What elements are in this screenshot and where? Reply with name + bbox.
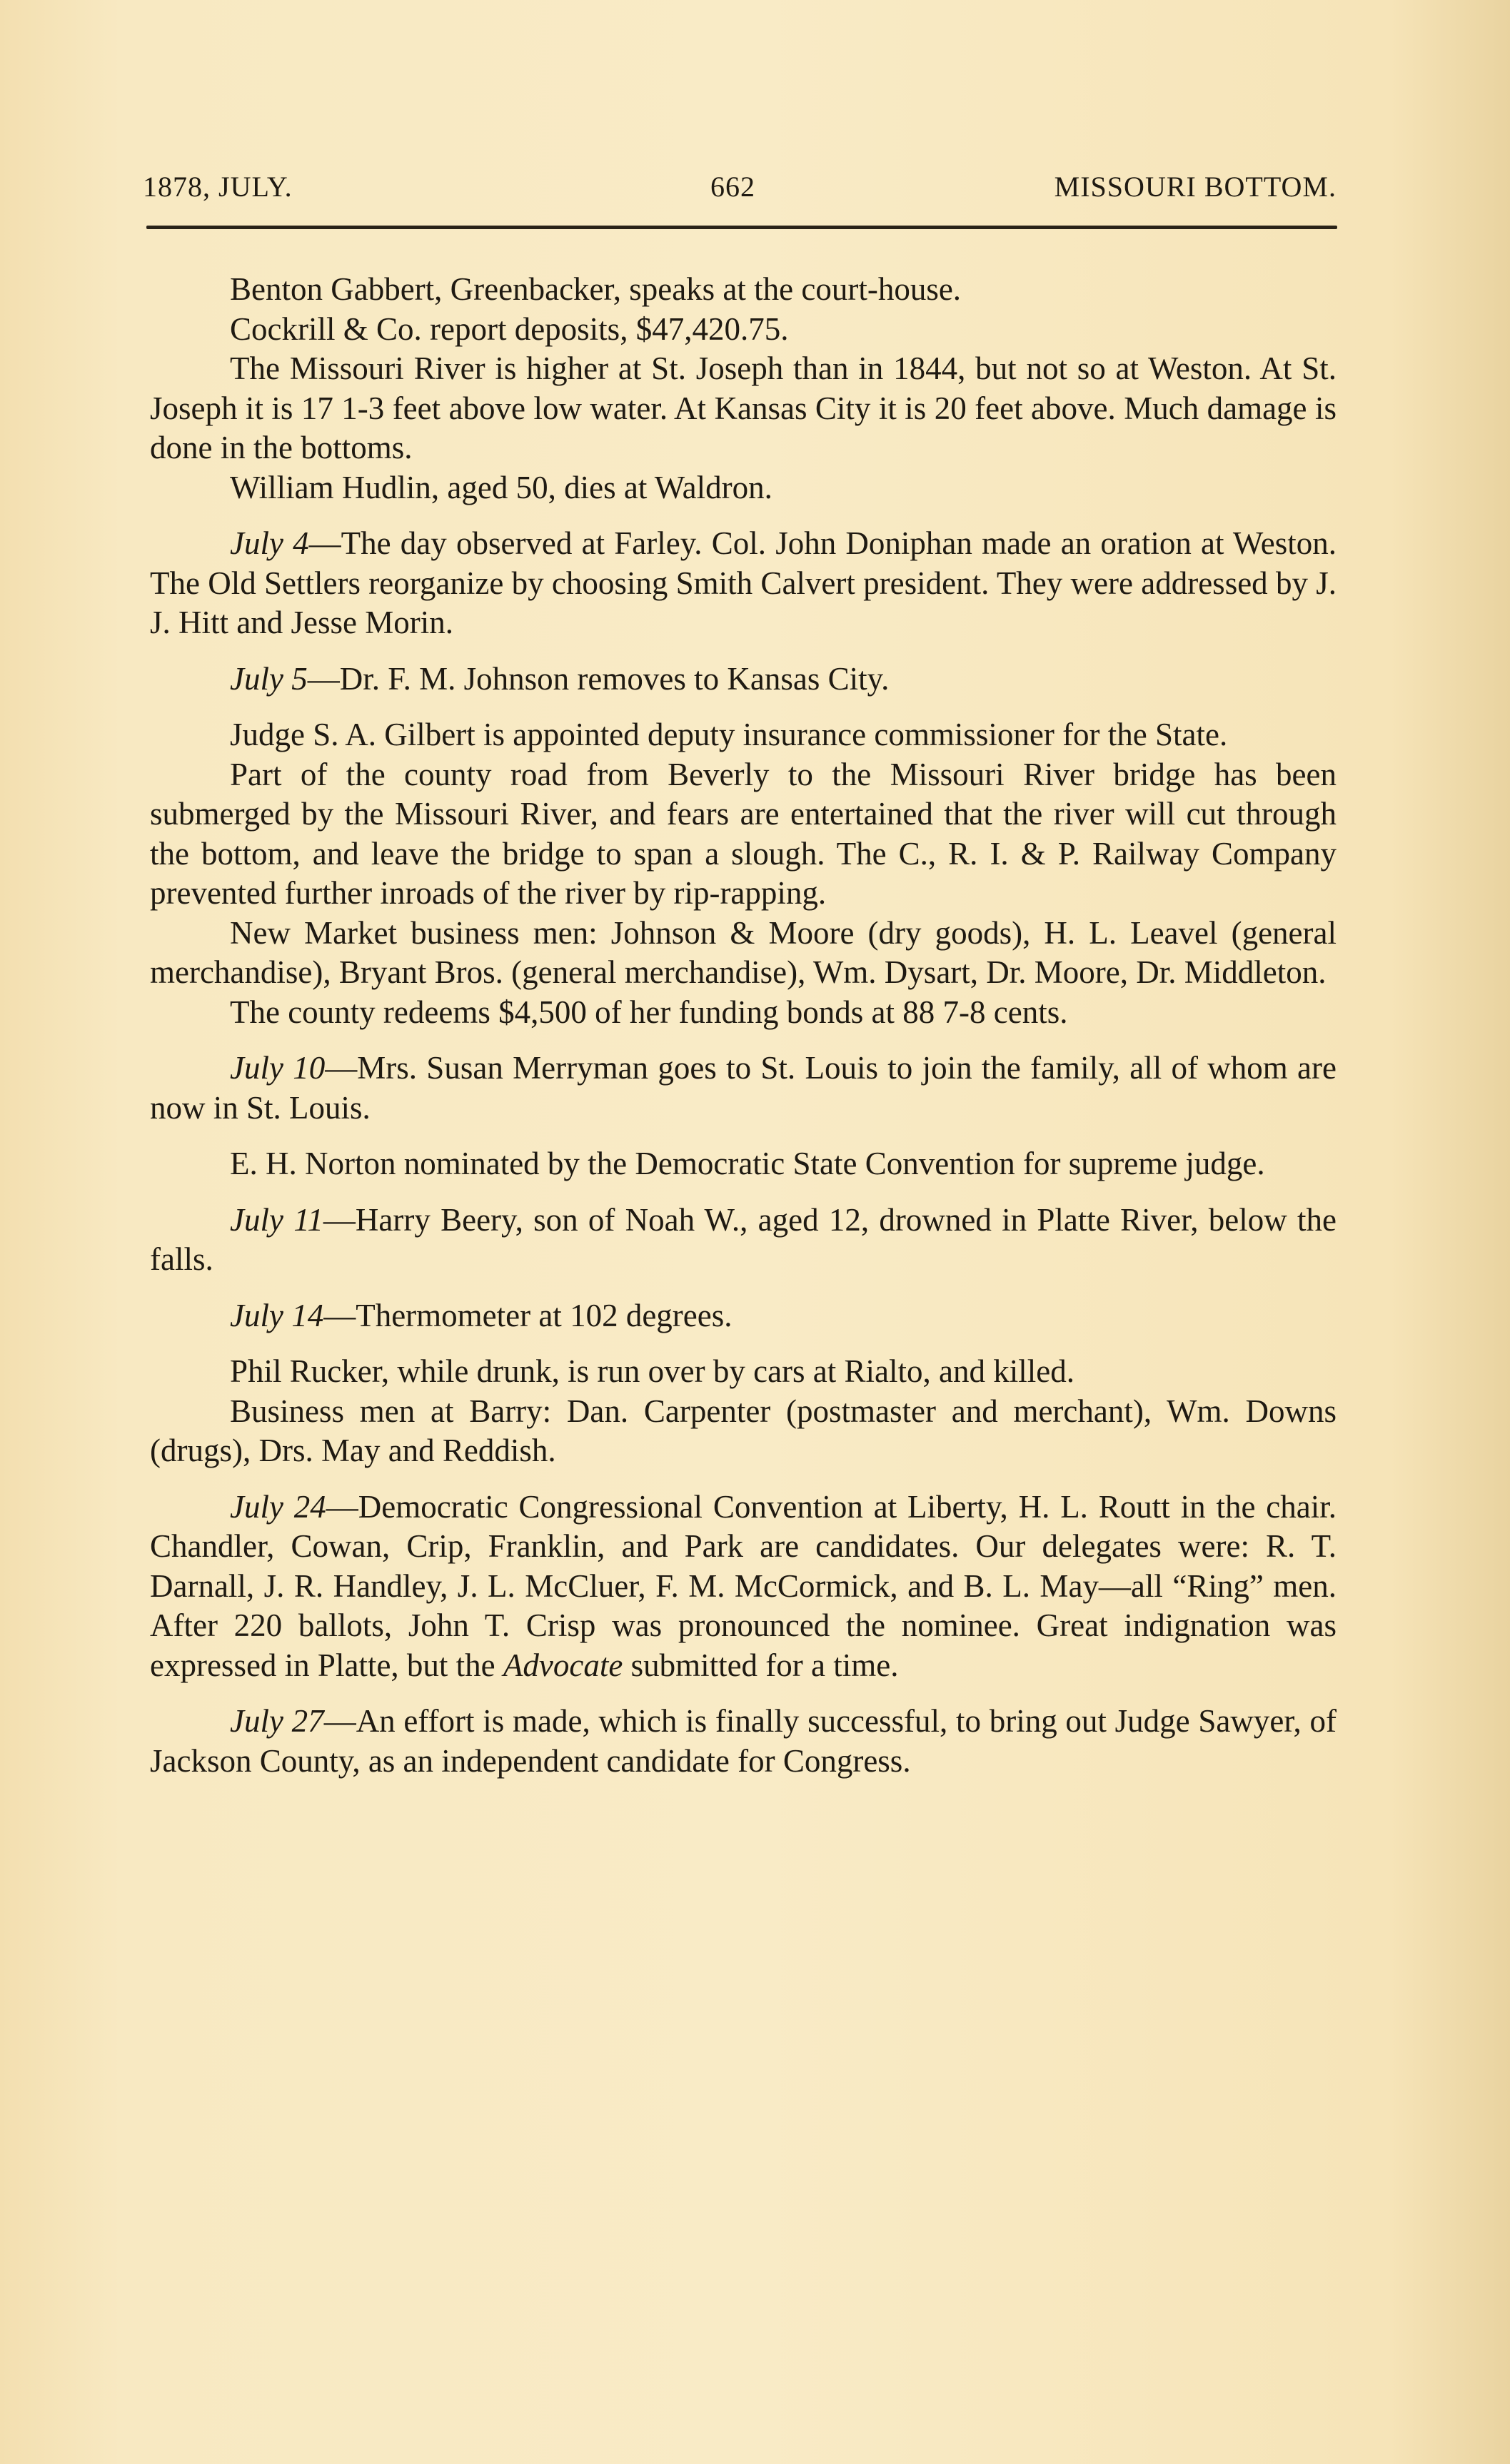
paragraph: Phil Rucker, while drunk, is run over by… xyxy=(150,1352,1337,1392)
entry-date: July 4 xyxy=(230,525,309,561)
paragraph-text: —Mrs. Susan Merryman goes to St. Louis t… xyxy=(150,1050,1337,1126)
paragraph: Benton Gabbert, Greenbacker, speaks at t… xyxy=(150,270,1337,310)
paragraph-text: —An effort is made, which is finally suc… xyxy=(150,1703,1337,1779)
paragraph: Part of the county road from Beverly to … xyxy=(150,755,1337,914)
paragraph: New Market business men: Johnson & Moore… xyxy=(150,914,1337,993)
paragraph: William Hudlin, aged 50, dies at Waldron… xyxy=(150,468,1337,508)
paragraph: July 11—Harry Beery, son of Noah W., age… xyxy=(150,1201,1337,1280)
paragraph-text: New Market business men: Johnson & Moore… xyxy=(150,915,1337,991)
paragraph-text: Judge S. A. Gilbert is appointed deputy … xyxy=(230,717,1227,752)
paragraph: July 4—The day observed at Farley. Col. … xyxy=(150,524,1337,643)
paragraph-text: Cockrill & Co. report deposits, $47,420.… xyxy=(230,311,788,347)
paragraph-text: —Dr. F. M. Johnson removes to Kansas Cit… xyxy=(308,661,890,697)
paragraph: July 10—Mrs. Susan Merryman goes to St. … xyxy=(150,1049,1337,1128)
newspaper-title: Advocate xyxy=(503,1647,623,1683)
entry-date: July 10 xyxy=(230,1050,325,1086)
entry-date: July 14 xyxy=(230,1298,323,1333)
entry-date: July 5 xyxy=(230,661,308,697)
paragraph: The county redeems $4,500 of her funding… xyxy=(150,993,1337,1033)
page-number: 662 xyxy=(710,170,755,203)
entry-date: July 27 xyxy=(230,1703,324,1739)
paragraph: July 24—Democratic Congressional Convent… xyxy=(150,1488,1337,1686)
paragraph-text: The Missouri River is higher at St. Jose… xyxy=(150,350,1337,465)
paragraph-text: William Hudlin, aged 50, dies at Waldron… xyxy=(230,470,772,505)
paragraph-text: —Thermometer at 102 degrees. xyxy=(323,1298,732,1333)
paragraph-text: Phil Rucker, while drunk, is run over by… xyxy=(230,1353,1074,1389)
paragraph: Judge S. A. Gilbert is appointed deputy … xyxy=(150,715,1337,755)
paragraph-text-tail: submitted for a time. xyxy=(623,1647,898,1683)
paragraph: Cockrill & Co. report deposits, $47,420.… xyxy=(150,310,1337,350)
paragraph-text: Part of the county road from Beverly to … xyxy=(150,757,1337,912)
paragraph: July 27—An effort is made, which is fina… xyxy=(150,1702,1337,1781)
header-rule xyxy=(146,226,1337,229)
paragraph: July 14—Thermometer at 102 degrees. xyxy=(150,1296,1337,1336)
paragraph: Business men at Barry: Dan. Carpenter (p… xyxy=(150,1392,1337,1471)
paragraph-text: E. H. Norton nominated by the Democratic… xyxy=(230,1146,1265,1181)
paragraph-text: The county redeems $4,500 of her funding… xyxy=(230,994,1067,1030)
paragraph-text: —Harry Beery, son of Noah W., aged 12, d… xyxy=(150,1202,1337,1278)
paragraph: The Missouri River is higher at St. Jose… xyxy=(150,349,1337,468)
running-header: 1878, JULY. 662 MISSOURI BOTTOM. xyxy=(143,170,1337,213)
paragraph-text: Business men at Barry: Dan. Carpenter (p… xyxy=(150,1393,1337,1469)
paragraph: July 5—Dr. F. M. Johnson removes to Kans… xyxy=(150,660,1337,700)
entry-date: July 24 xyxy=(230,1489,326,1525)
header-section-title: MISSOURI BOTTOM. xyxy=(1055,170,1337,203)
paragraph: E. H. Norton nominated by the Democratic… xyxy=(150,1144,1337,1184)
header-date: 1878, JULY. xyxy=(143,170,293,203)
paragraph-text: —The day observed at Farley. Col. John D… xyxy=(150,525,1337,640)
paragraph-text: Benton Gabbert, Greenbacker, speaks at t… xyxy=(230,271,961,307)
page-body: Benton Gabbert, Greenbacker, speaks at t… xyxy=(150,270,1337,1781)
entry-date: July 11 xyxy=(230,1202,323,1238)
